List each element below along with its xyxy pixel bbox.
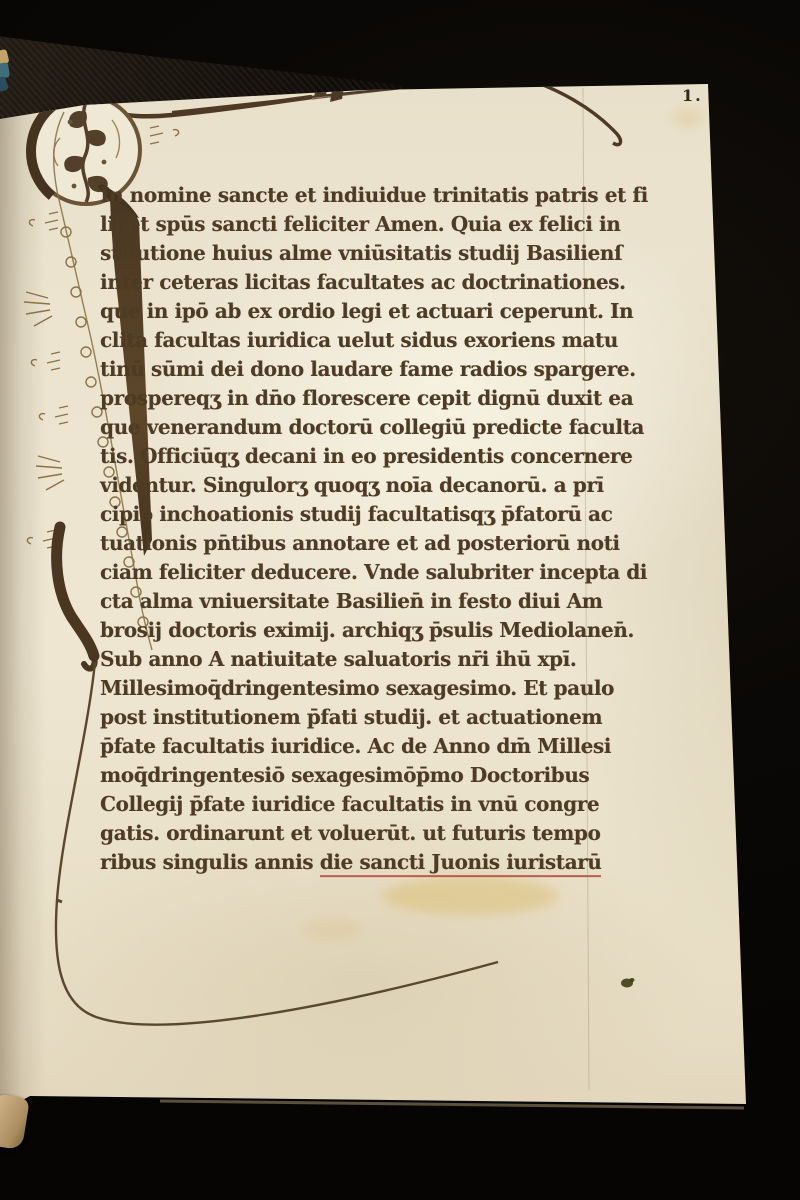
line-text: Millesimoq̄dringentesimo sexagesimo. Et … bbox=[100, 675, 614, 700]
manuscript-line: lij et spūs sancti feliciter Amen. Quia … bbox=[100, 209, 635, 239]
rubricated-phrase: die sancti Juonis iuristarū bbox=[320, 849, 602, 877]
manuscript-line: moq̄dringentesiō sexagesimōp̄mo Doctorib… bbox=[100, 760, 635, 790]
manuscript-line: In nomine sancte et indiuidue trinitatis… bbox=[100, 180, 635, 210]
manuscript-line: que in ipō ab ex ordio legi et actuari c… bbox=[100, 296, 635, 326]
line-text: videntur. Singulorʒ quoqʒ noīa decanorū.… bbox=[100, 472, 604, 497]
line-text: Collegij p̄fate iuridice facultatis in v… bbox=[100, 791, 599, 816]
line-text: ciam feliciter deducere. Vnde salubriter… bbox=[100, 559, 647, 584]
line-text: prospereqʒ in dn̄o florescere cepit dign… bbox=[100, 385, 633, 410]
manuscript-page: 1. In nomine sancte et indiuidue trinita… bbox=[0, 0, 800, 1200]
endband-thread-blue bbox=[0, 76, 9, 92]
line-text: clita facultas iuridica uelut sidus exor… bbox=[100, 327, 618, 352]
line-text: tuationis pn̄tibus annotare et ad poster… bbox=[100, 530, 620, 555]
line-text: gatis. ordinarunt et voluerūt. ut futuri… bbox=[100, 820, 600, 845]
manuscript-line: ciam feliciter deducere. Vnde salubriter… bbox=[100, 557, 635, 587]
line-text: brosij doctoris eximij. archiqʒ p̄sulis … bbox=[100, 617, 634, 642]
manuscript-line: tis. Officiūqʒ decani in eo presidentis … bbox=[100, 441, 635, 471]
manuscript-text-block: In nomine sancte et indiuidue trinitatis… bbox=[100, 180, 635, 876]
manuscript-line: Sub anno A natiuitate saluatoris nr̄i ih… bbox=[100, 644, 635, 674]
manuscript-line: cta alma vniuersitate Basilien̄ in festo… bbox=[100, 586, 635, 616]
manuscript-line: post institutionem p̄fati studij. et act… bbox=[100, 702, 635, 732]
manuscript-line: stitutione huius alme vniūsitatis studij… bbox=[100, 238, 635, 268]
manuscript-line: inter ceteras licitas facultates ac doct… bbox=[100, 267, 635, 297]
line-text: que in ipō ab ex ordio legi et actuari c… bbox=[100, 298, 633, 323]
line-text: p̄fate facultatis iuridice. Ac de Anno d… bbox=[100, 733, 611, 758]
line-text: In nomine sancte et indiuidue trinitatis… bbox=[100, 182, 648, 207]
manuscript-line: Millesimoq̄dringentesimo sexagesimo. Et … bbox=[100, 673, 635, 703]
line-text: post institutionem p̄fati studij. et act… bbox=[100, 704, 602, 729]
manuscript-line: cipio inchoationis studij facultatisqʒ p… bbox=[100, 499, 635, 529]
folio-number: 1. bbox=[682, 86, 722, 105]
endband-threads bbox=[0, 50, 13, 96]
manuscript-line: que venerandum doctorū collegiū predicte… bbox=[100, 412, 635, 442]
ink-spot bbox=[621, 978, 635, 988]
manuscript-line: tuationis pn̄tibus annotare et ad poster… bbox=[100, 528, 635, 558]
manuscript-line: prospereqʒ in dn̄o florescere cepit dign… bbox=[100, 383, 635, 413]
manuscript-line: videntur. Singulorʒ quoqʒ noīa decanorū.… bbox=[100, 470, 635, 500]
line-text: lij et spūs sancti feliciter Amen. Quia … bbox=[100, 211, 620, 236]
manuscript-line: ribus singulis annis die sancti Juonis i… bbox=[100, 847, 635, 877]
binding-corner bbox=[0, 1094, 30, 1150]
line-text: stitutione huius alme vniūsitatis studij… bbox=[100, 240, 622, 265]
manuscript-line: Collegij p̄fate iuridice facultatis in v… bbox=[100, 789, 635, 819]
manuscript-line: p̄fate facultatis iuridice. Ac de Anno d… bbox=[100, 731, 635, 761]
line-text: cta alma vniuersitate Basilien̄ in festo… bbox=[100, 588, 602, 613]
line-text: que venerandum doctorū collegiū predicte… bbox=[100, 414, 644, 439]
line-text: tis. Officiūqʒ decani in eo presidentis … bbox=[100, 443, 632, 468]
manuscript-line: brosij doctoris eximij. archiqʒ p̄sulis … bbox=[100, 615, 635, 645]
line-text: cipio inchoationis studij facultatisqʒ p… bbox=[100, 501, 612, 526]
manuscript-line: clita facultas iuridica uelut sidus exor… bbox=[100, 325, 635, 355]
line-text: Sub anno A natiuitate saluatoris nr̄i ih… bbox=[100, 646, 576, 671]
manuscript-line: tinū sūmi dei dono laudare fame radios s… bbox=[100, 354, 635, 384]
line-text: moq̄dringentesiō sexagesimōp̄mo Doctorib… bbox=[100, 762, 589, 787]
manuscript-line: gatis. ordinarunt et voluerūt. ut futuri… bbox=[100, 818, 635, 848]
line-text: inter ceteras licitas facultates ac doct… bbox=[100, 269, 626, 294]
line-text: tinū sūmi dei dono laudare fame radios s… bbox=[100, 356, 636, 381]
manuscript-photograph: 1. In nomine sancte et indiuidue trinita… bbox=[0, 0, 800, 1200]
line-text: ribus singulis annis bbox=[100, 849, 320, 874]
